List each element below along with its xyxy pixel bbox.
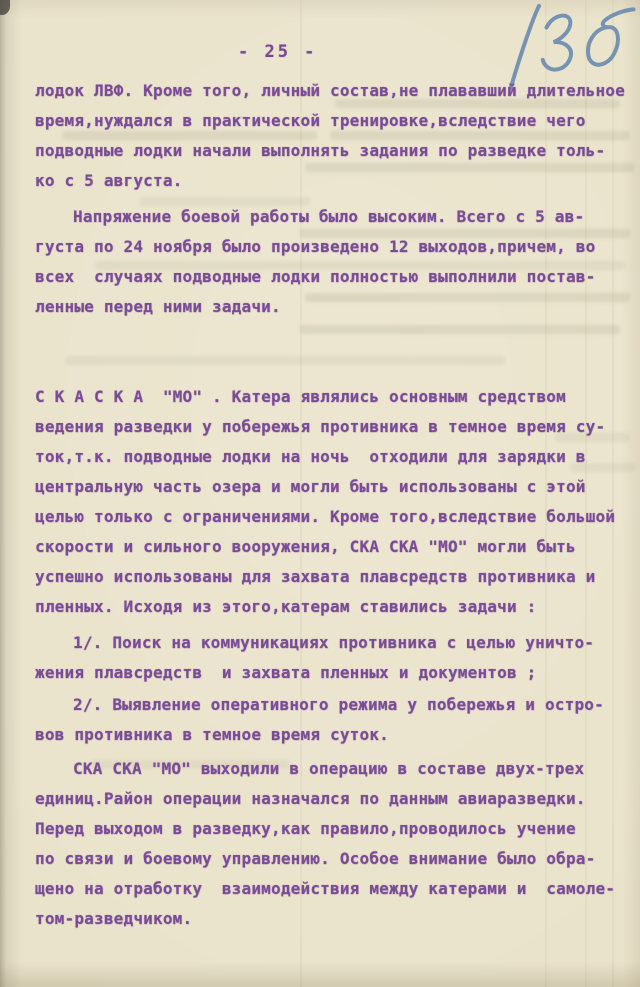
typed-line: 1/. Поиск на коммуникациях противника с … bbox=[35, 628, 631, 658]
typed-line: СКА СКА "МО" выходили в операцию в соста… bbox=[35, 754, 631, 784]
paragraph-list-item-2: 2/. Выявление оперативного режима у побе… bbox=[35, 690, 631, 750]
typed-line: том-разведчиком. bbox=[35, 904, 631, 934]
paper-background: 130 - 25 - лодок ЛВФ. Кроме того, личный… bbox=[0, 0, 640, 987]
typed-line: густа по 24 ноября было произведено 12 в… bbox=[35, 232, 631, 262]
typed-line: жения плавсредств и захвата пленных и до… bbox=[35, 658, 631, 688]
paragraph: Напряжение боевой работы было высоким. В… bbox=[35, 202, 631, 322]
paragraph-list-item-1: 1/. Поиск на коммуникациях противника с … bbox=[35, 628, 631, 688]
typed-line: ленные перед ними задачи. bbox=[35, 292, 631, 322]
typed-line: 2/. Выявление оперативного режима у побе… bbox=[35, 690, 631, 720]
scanned-document-page: { "page": { "page_number": "- 25 -", "ha… bbox=[0, 0, 640, 987]
typed-line: ко с 5 августа. bbox=[35, 166, 631, 196]
typed-line: единиц.Район операции назначался по данн… bbox=[35, 784, 631, 814]
scan-corner-artifact bbox=[0, 0, 10, 15]
typed-line: подводные лодки начали выполнять задания… bbox=[35, 136, 631, 166]
typed-line: щено на отработку взаимодействия между к… bbox=[35, 874, 631, 904]
paragraph-ska-mo-section: С К А С К А "МО" . Катера являлись основ… bbox=[35, 382, 631, 622]
typed-line: вов противника в темное время суток. bbox=[35, 720, 631, 750]
typed-line: лодок ЛВФ. Кроме того, личный состав,не … bbox=[35, 76, 631, 106]
typed-line: ток,т.к. подводные лодки на ночь отходил… bbox=[35, 442, 631, 472]
typed-line: всех случаях подводные лодки полностью в… bbox=[35, 262, 631, 292]
typed-line: пленных. Исходя из этого,катерам ставили… bbox=[35, 592, 631, 622]
paragraph: лодок ЛВФ. Кроме того, личный состав,не … bbox=[35, 76, 631, 196]
typed-line: целью только с ограничениями. Кроме того… bbox=[35, 502, 631, 532]
typed-line-section-heading: С К А С К А "МО" . Катера являлись основ… bbox=[35, 382, 631, 412]
typed-line: центральную часть озера и могли быть исп… bbox=[35, 472, 631, 502]
typed-text-column: лодок ЛВФ. Кроме того, личный состав,не … bbox=[35, 0, 631, 934]
typed-line: Перед выходом в разведку,как правило,про… bbox=[35, 814, 631, 844]
typed-line: успешно использованы для захвата плавсре… bbox=[35, 562, 631, 592]
typed-line: по связи и боевому управлению. Особое вн… bbox=[35, 844, 631, 874]
typed-line: Напряжение боевой работы было высоким. В… bbox=[35, 202, 631, 232]
paragraph: СКА СКА "МО" выходили в операцию в соста… bbox=[35, 754, 631, 934]
typed-line: время,нуждался в практической тренировке… bbox=[35, 106, 631, 136]
typed-line: скорости и сильного вооружения, СКА СКА … bbox=[35, 532, 631, 562]
typed-line: ведения разведки у побережья противника … bbox=[35, 412, 631, 442]
